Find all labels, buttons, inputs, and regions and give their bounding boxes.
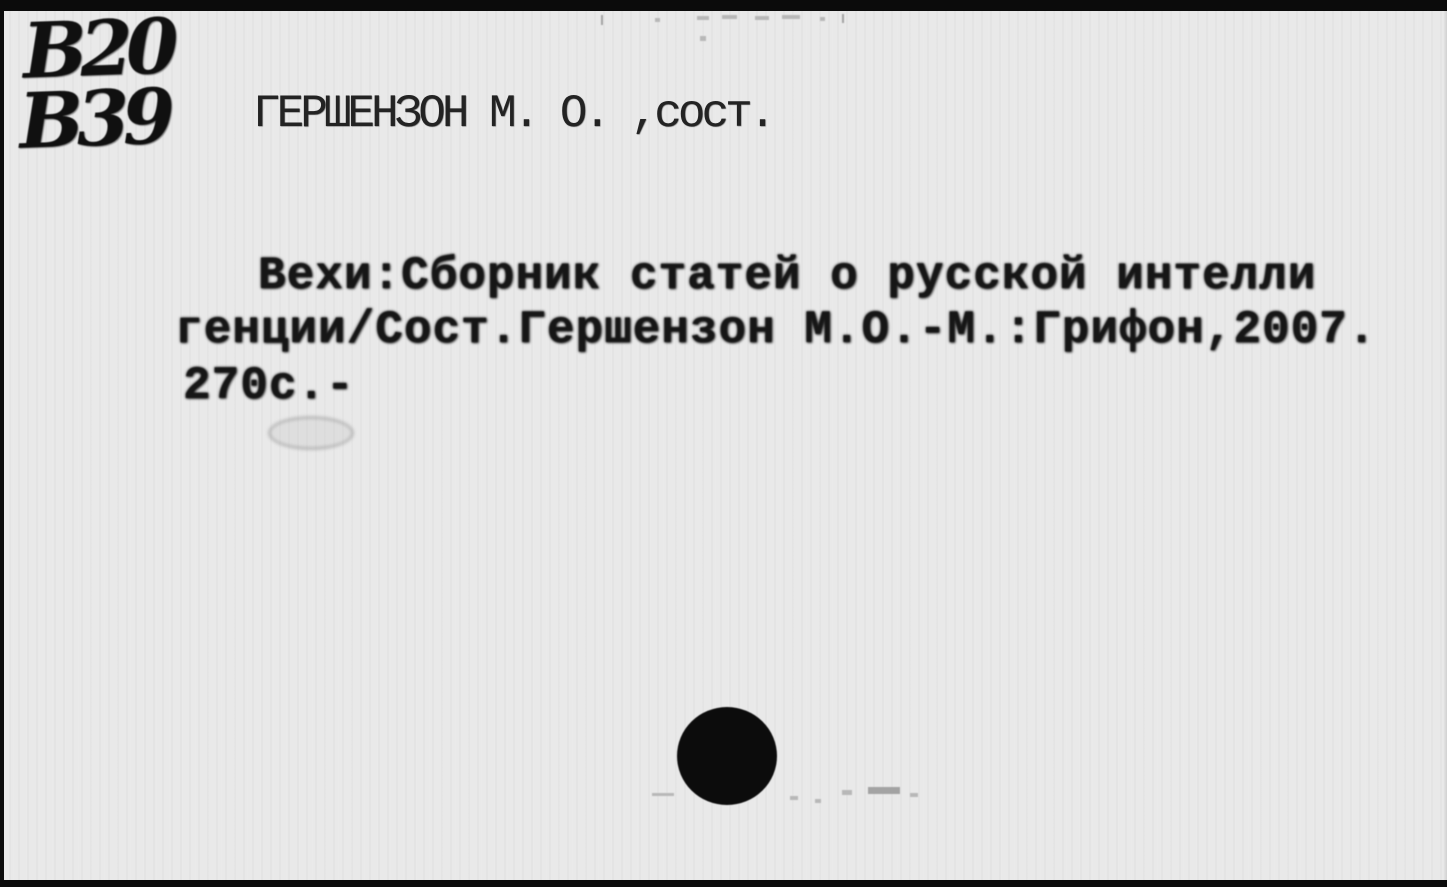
- scan-artifact: [700, 36, 706, 41]
- scan-artifact: [655, 18, 660, 22]
- scan-border-bottom: [0, 880, 1447, 887]
- scan-edge-right-shadow: [1443, 0, 1447, 887]
- scan-artifact: [910, 793, 918, 797]
- bibliographic-entry-line-3: 270с.-: [183, 360, 355, 412]
- scan-border-top: [0, 0, 1447, 11]
- scan-artifact: [815, 799, 821, 803]
- scan-artifact: [755, 16, 769, 20]
- scan-artifact: [820, 17, 825, 21]
- call-number: В20 В39: [22, 11, 176, 156]
- scan-artifact: [601, 15, 603, 25]
- scan-smudge: [268, 416, 354, 450]
- scan-artifact: [782, 15, 800, 19]
- bibliographic-entry-line-1: Вехи:Сборник статей о русской интелли: [258, 250, 1316, 302]
- scan-artifact: [652, 793, 674, 796]
- scan-border-left: [0, 0, 4, 887]
- scan-artifact: [697, 16, 709, 20]
- call-number-author-mark: В39: [18, 81, 175, 156]
- scan-artifact: [842, 790, 852, 795]
- card-heading-author: ГЕРШЕНЗОН М. О. ,сост.: [253, 88, 772, 140]
- scan-artifact: [790, 796, 798, 800]
- scan-artifact: [722, 15, 737, 19]
- scan-artifact: [842, 14, 844, 23]
- punch-hole-mark: [677, 707, 777, 805]
- library-catalog-card-scan: В20 В39 ГЕРШЕНЗОН М. О. ,сост. Вехи:Сбор…: [0, 0, 1447, 887]
- bibliographic-entry-line-2: генции/Сост.Гершензон М.О.-М.:Грифон,200…: [175, 304, 1376, 356]
- scan-artifact: [868, 787, 900, 794]
